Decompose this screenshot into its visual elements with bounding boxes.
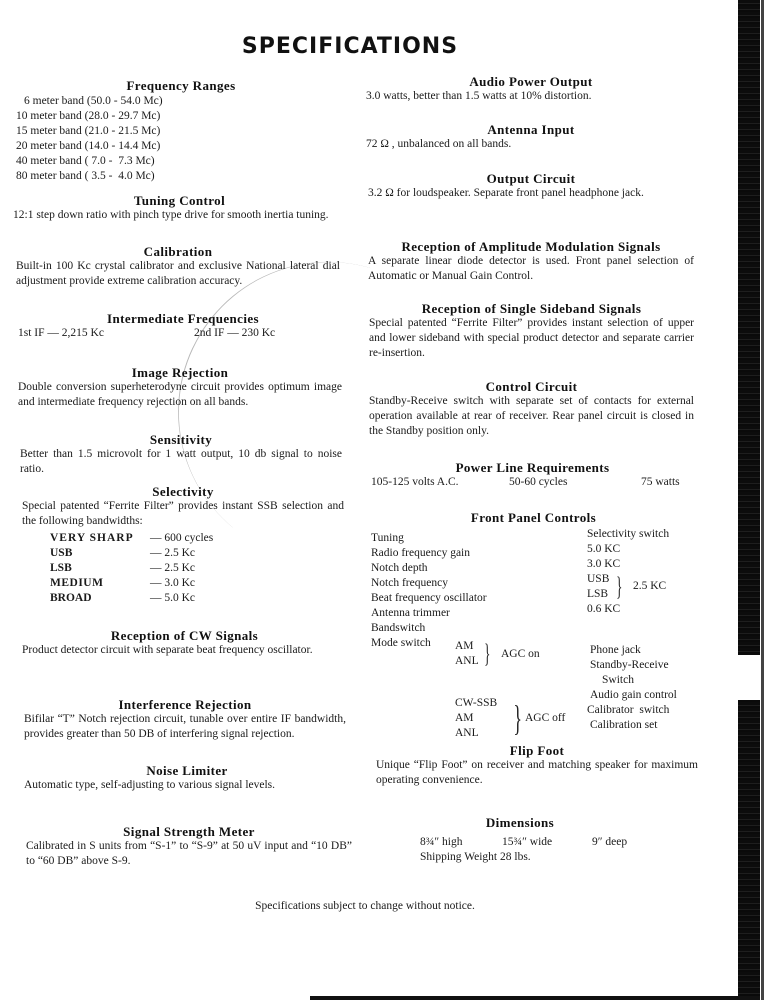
section-flip-foot: Flip Foot Unique “Flip Foot” on receiver… bbox=[376, 743, 698, 788]
section-text: Bifilar “T” Notch rejection circuit, tun… bbox=[24, 712, 346, 742]
dimension-values: 8¾″ high 15¾″ wide 9″ deep bbox=[420, 835, 680, 850]
section-text: Product detector circuit with separate b… bbox=[22, 643, 347, 658]
bandwidth-value: — 5.0 Kc bbox=[150, 591, 195, 606]
band-name: 10 meter band bbox=[16, 109, 82, 124]
usb-lsb-value: 2.5 KC bbox=[633, 579, 666, 594]
section-heading: Reception of Amplitude Modulation Signal… bbox=[368, 239, 694, 254]
section-control-circuit: Control Circuit Standby-Receive switch w… bbox=[369, 379, 694, 439]
section-sensitivity: Sensitivity Better than 1.5 microvolt fo… bbox=[20, 432, 342, 477]
agc-on-label: AGC on bbox=[501, 647, 540, 662]
bandwidth-mode: MEDIUM bbox=[50, 576, 150, 591]
section-audio-power-output: Audio Power Output 3.0 watts, better tha… bbox=[366, 74, 696, 104]
section-heading: Antenna Input bbox=[366, 122, 696, 137]
section-text: Double conversion superheterodyne circui… bbox=[18, 380, 342, 410]
agc-off-label: AGC off bbox=[525, 711, 565, 726]
section-text: Built-in 100 Kc crystal calibrator and e… bbox=[16, 259, 340, 289]
section-text: A separate linear diode detector is used… bbox=[368, 254, 694, 284]
section-text: 3.2 Ω for loudspeaker. Separate front pa… bbox=[368, 186, 694, 201]
bandwidth-mode: VERY SHARP bbox=[50, 531, 150, 546]
section-text: Unique “Flip Foot” on receiver and match… bbox=[376, 758, 698, 788]
bandwidth-mode: LSB bbox=[50, 561, 150, 576]
bandwidth-value: — 3.0 Kc bbox=[150, 576, 195, 591]
if-values: 1st IF — 2,215 Kc 2nd IF — 230 Kc bbox=[18, 326, 348, 341]
selectivity-position: 5.0 KC bbox=[587, 542, 669, 557]
control-item: Calibration set bbox=[590, 718, 677, 733]
control-item: Antenna trimmer bbox=[371, 606, 487, 621]
section-heading: Front Panel Controls bbox=[371, 510, 696, 525]
dimension-height: 8¾″ high bbox=[420, 835, 502, 850]
section-text: Special patented “Ferrite Filter” provid… bbox=[22, 499, 344, 529]
band-name: 6 meter band bbox=[24, 94, 84, 109]
bandwidth-value: — 2.5 Kc bbox=[150, 546, 195, 561]
band-name: 80 meter band bbox=[16, 169, 82, 184]
section-text: Special patented “Ferrite Filter” provid… bbox=[369, 316, 694, 361]
scan-bottom-edge bbox=[310, 996, 760, 1000]
band-row: 6 meter band (50.0 - 54.0 Mc) bbox=[16, 94, 346, 109]
band-row: 10 meter band (28.0 - 29.7 Mc) bbox=[16, 109, 346, 124]
band-name: 20 meter band bbox=[16, 139, 82, 154]
section-heading: Output Circuit bbox=[368, 171, 694, 186]
band-row: 80 meter band ( 3.5 - 4.0 Mc) bbox=[16, 169, 346, 184]
section-tuning-control: Tuning Control 12:1 step down ratio with… bbox=[13, 193, 346, 223]
second-if: 2nd IF — 230 Kc bbox=[194, 326, 275, 341]
section-front-panel-controls: Front Panel Controls Tuning Radio freque… bbox=[371, 510, 696, 757]
section-selectivity: Selectivity Special patented “Ferrite Fi… bbox=[22, 484, 344, 606]
section-heading: Selectivity bbox=[22, 484, 344, 499]
band-row: 15 meter band (21.0 - 21.5 Mc) bbox=[16, 124, 346, 139]
section-heading: Interference Rejection bbox=[24, 697, 346, 712]
footer-note: Specifications subject to change without… bbox=[0, 900, 730, 912]
section-heading: Signal Strength Meter bbox=[26, 824, 352, 839]
section-heading: Sensitivity bbox=[20, 432, 342, 447]
bandwidth-value: — 600 cycles bbox=[150, 531, 213, 546]
section-output-circuit: Output Circuit 3.2 Ω for loudspeaker. Se… bbox=[368, 171, 694, 201]
front-panel-grid: Tuning Radio frequency gain Notch depth … bbox=[371, 527, 696, 757]
section-text: Standby-Receive switch with separate set… bbox=[369, 394, 694, 439]
section-heading: Reception of Single Sideband Signals bbox=[369, 301, 694, 316]
bandwidth-row: LSB— 2.5 Kc bbox=[50, 561, 344, 576]
band-list: 6 meter band (50.0 - 54.0 Mc) 10 meter b… bbox=[16, 94, 346, 184]
section-am-reception: Reception of Amplitude Modulation Signal… bbox=[368, 239, 694, 284]
front-panel-left-list: Tuning Radio frequency gain Notch depth … bbox=[371, 527, 487, 651]
section-antenna-input: Antenna Input 72 Ω , unbalanced on all b… bbox=[366, 122, 696, 152]
bandwidth-mode: USB bbox=[50, 546, 150, 561]
mode-item: AM bbox=[455, 711, 497, 726]
section-text: 12:1 step down ratio with pinch type dri… bbox=[13, 208, 346, 223]
section-heading: Intermediate Frequencies bbox=[18, 311, 348, 326]
section-heading: Dimensions bbox=[420, 815, 620, 830]
selectivity-switch-label: Selectivity switch bbox=[587, 527, 669, 542]
bandwidth-mode: BROAD bbox=[50, 591, 150, 606]
band-range: ( 7.0 - 7.3 Mc) bbox=[85, 154, 155, 169]
front-panel-right-list: Phone jack Standby-Receive Switch Audio … bbox=[590, 643, 677, 733]
selectivity-position: 0.6 KC bbox=[587, 602, 669, 617]
bandwidth-value: — 2.5 Kc bbox=[150, 561, 195, 576]
page-title: SPECIFICATIONS bbox=[0, 34, 700, 59]
selectivity-switch-list: Selectivity switch 5.0 KC 3.0 KC USB LSB… bbox=[587, 527, 669, 617]
control-item: Calibrator switch bbox=[587, 703, 677, 718]
power-voltage: 105-125 volts A.C. bbox=[371, 475, 509, 490]
mode-item: ANL bbox=[455, 654, 479, 669]
section-heading: Image Rejection bbox=[18, 365, 342, 380]
power-frequency: 50-60 cycles bbox=[509, 475, 641, 490]
dimension-width: 15¾″ wide bbox=[502, 835, 592, 850]
control-item: Bandswitch bbox=[371, 621, 487, 636]
control-item: Notch depth bbox=[371, 561, 487, 576]
band-range: (50.0 - 54.0 Mc) bbox=[87, 94, 163, 109]
control-item: Switch bbox=[590, 673, 677, 688]
bandwidth-row: MEDIUM— 3.0 Kc bbox=[50, 576, 344, 591]
section-power-line-requirements: Power Line Requirements 105-125 volts A.… bbox=[371, 460, 694, 490]
section-heading: Flip Foot bbox=[376, 743, 698, 758]
band-range: (14.0 - 14.4 Mc) bbox=[85, 139, 161, 154]
section-cw-reception: Reception of CW Signals Product detector… bbox=[22, 628, 347, 658]
band-range: ( 3.5 - 4.0 Mc) bbox=[85, 169, 155, 184]
section-dimensions: Dimensions 8¾″ high 15¾″ wide 9″ deep Sh… bbox=[420, 815, 680, 865]
control-item: Tuning bbox=[371, 531, 487, 546]
control-item: Radio frequency gain bbox=[371, 546, 487, 561]
section-ssb-reception: Reception of Single Sideband Signals Spe… bbox=[369, 301, 694, 361]
section-text: Automatic type, self-adjusting to variou… bbox=[24, 778, 350, 793]
brace-icon: } bbox=[484, 641, 490, 667]
section-noise-limiter: Noise Limiter Automatic type, self-adjus… bbox=[24, 763, 350, 793]
scan-binding-gap bbox=[734, 655, 760, 700]
mode-agc-on-group: AM ANL } AGC on bbox=[455, 639, 479, 669]
shipping-weight: Shipping Weight 28 lbs. bbox=[420, 850, 680, 865]
section-text: 3.0 watts, better than 1.5 watts at 10% … bbox=[366, 89, 696, 104]
section-intermediate-frequencies: Intermediate Frequencies 1st IF — 2,215 … bbox=[18, 311, 348, 341]
section-text: Better than 1.5 microvolt for 1 watt out… bbox=[20, 447, 342, 477]
section-text: 72 Ω , unbalanced on all bands. bbox=[366, 137, 696, 152]
selectivity-position: 3.0 KC bbox=[587, 557, 669, 572]
section-frequency-ranges: Frequency Ranges 6 meter band (50.0 - 54… bbox=[16, 78, 346, 184]
section-interference-rejection: Interference Rejection Bifilar “T” Notch… bbox=[24, 697, 346, 742]
section-heading: Reception of CW Signals bbox=[22, 628, 347, 643]
bandwidth-row: BROAD— 5.0 Kc bbox=[50, 591, 344, 606]
band-range: (21.0 - 21.5 Mc) bbox=[85, 124, 161, 139]
control-item: Phone jack bbox=[590, 643, 677, 658]
section-signal-strength-meter: Signal Strength Meter Calibrated in S un… bbox=[26, 824, 352, 869]
section-calibration: Calibration Built-in 100 Kc crystal cali… bbox=[16, 244, 340, 289]
section-text: Calibrated in S units from “S-1” to “S-9… bbox=[26, 839, 352, 869]
section-heading: Audio Power Output bbox=[366, 74, 696, 89]
section-heading: Control Circuit bbox=[369, 379, 694, 394]
power-values: 105-125 volts A.C. 50-60 cycles 75 watts bbox=[371, 475, 694, 490]
section-heading: Power Line Requirements bbox=[371, 460, 694, 475]
section-heading: Frequency Ranges bbox=[16, 78, 346, 93]
dimension-depth: 9″ deep bbox=[592, 835, 627, 850]
section-heading: Calibration bbox=[16, 244, 340, 259]
scan-page-edge bbox=[761, 0, 764, 1000]
control-item: Standby-Receive bbox=[590, 658, 677, 673]
mode-item: AM bbox=[455, 639, 479, 654]
band-range: (28.0 - 29.7 Mc) bbox=[85, 109, 161, 124]
band-row: 40 meter band ( 7.0 - 7.3 Mc) bbox=[16, 154, 346, 169]
section-image-rejection: Image Rejection Double conversion superh… bbox=[18, 365, 342, 410]
brace-icon: } bbox=[616, 574, 622, 600]
band-name: 40 meter band bbox=[16, 154, 82, 169]
power-wattage: 75 watts bbox=[641, 475, 680, 490]
brace-icon: } bbox=[513, 700, 522, 736]
bandwidth-list: VERY SHARP— 600 cycles USB— 2.5 Kc LSB— … bbox=[22, 531, 344, 606]
band-row: 20 meter band (14.0 - 14.4 Mc) bbox=[16, 139, 346, 154]
section-heading: Noise Limiter bbox=[24, 763, 350, 778]
bandwidth-row: USB— 2.5 Kc bbox=[50, 546, 344, 561]
scan-binding-shadow bbox=[738, 0, 760, 1000]
control-item: Beat frequency oscillator bbox=[371, 591, 487, 606]
band-name: 15 meter band bbox=[16, 124, 82, 139]
first-if: 1st IF — 2,215 Kc bbox=[18, 326, 194, 341]
mode-agc-off-group: CW-SSB AM ANL } AGC off bbox=[455, 696, 497, 741]
control-item: Notch frequency bbox=[371, 576, 487, 591]
section-heading: Tuning Control bbox=[13, 193, 346, 208]
mode-item: CW-SSB bbox=[455, 696, 497, 711]
bandwidth-row: VERY SHARP— 600 cycles bbox=[50, 531, 344, 546]
control-item: Audio gain control bbox=[590, 688, 677, 703]
mode-item: ANL bbox=[455, 726, 497, 741]
